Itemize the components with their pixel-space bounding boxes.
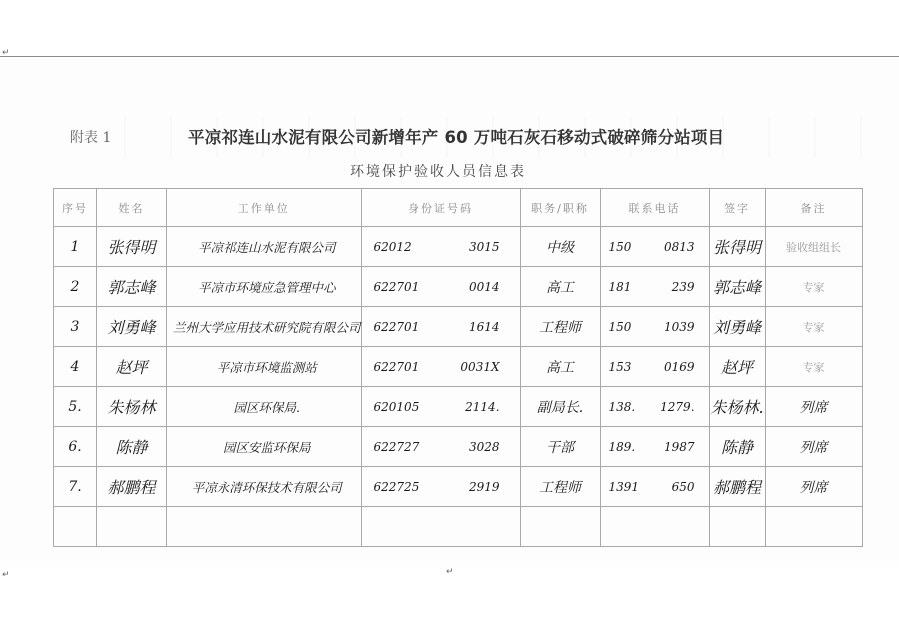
cell-signature: 朱杨林.	[709, 387, 765, 427]
table-row	[54, 507, 863, 547]
id-prefix: 622701	[374, 360, 420, 374]
table-header-row: 序号 姓名 工作单位 身份证号码 职务/职称 联系电话 签字 备注	[54, 189, 863, 227]
cell-unit: 平凉市环境应急管理中心	[167, 267, 362, 307]
cell-unit: 园区安监环保局	[167, 427, 362, 467]
cell-name: 张得明	[97, 227, 167, 267]
figure-label: 附表 1	[70, 127, 111, 147]
cell-signature: 郝鹏程	[709, 467, 765, 507]
cell-no: 5.	[54, 387, 97, 427]
cell-signature: 陈静	[709, 427, 765, 467]
cell-remark	[765, 507, 862, 547]
header-unit: 工作单位	[167, 189, 362, 227]
table-row: 5.朱杨林园区环保局.6201052114.副局长.138.1279.朱杨林.列…	[54, 387, 863, 427]
id-prefix: 622701	[374, 320, 420, 334]
cell-remark: 列席	[765, 427, 862, 467]
cell-title: 高工	[520, 347, 600, 387]
cell-phone: 181239	[600, 267, 709, 307]
cell-title	[520, 507, 600, 547]
phone-suffix: 1279.	[660, 400, 694, 414]
id-suffix: 3015	[469, 240, 500, 254]
cell-phone: 138.1279.	[600, 387, 709, 427]
cell-phone: 189.1987	[600, 427, 709, 467]
header-phone: 联系电话	[600, 189, 709, 227]
table-row: 3刘勇峰兰州大学应用技术研究院有限公司6227011614工程师1501039刘…	[54, 307, 863, 347]
id-prefix: 62012	[374, 240, 412, 254]
phone-prefix: 189.	[609, 440, 636, 454]
cell-unit: 平凉祁连山水泥有限公司	[167, 227, 362, 267]
phone-prefix: 150	[609, 240, 632, 254]
cell-remark: 专家	[765, 307, 862, 347]
id-prefix: 622725	[374, 480, 420, 494]
id-suffix: 1614	[469, 320, 500, 334]
id-suffix: 2919	[469, 480, 500, 494]
id-prefix: 622727	[374, 440, 420, 454]
cell-remark: 验收组组长	[765, 227, 862, 267]
cell-title: 干部	[520, 427, 600, 467]
cell-no: 3	[54, 307, 97, 347]
id-prefix: 622701	[374, 280, 420, 294]
cell-id: 6227010031X	[361, 347, 520, 387]
cell-name: 赵坪	[97, 347, 167, 387]
cell-signature: 赵坪	[709, 347, 765, 387]
cell-name: 刘勇峰	[97, 307, 167, 347]
cell-id	[361, 507, 520, 547]
cell-no: 6.	[54, 427, 97, 467]
cell-id: 6227010014	[361, 267, 520, 307]
id-suffix: 3028	[469, 440, 500, 454]
cell-signature: 郭志峰	[709, 267, 765, 307]
header-id: 身份证号码	[361, 189, 520, 227]
cell-title: 高工	[520, 267, 600, 307]
paragraph-mark-bottom-left: ↵	[2, 570, 10, 580]
cell-name: 郝鹏程	[97, 467, 167, 507]
cell-unit: 兰州大学应用技术研究院有限公司	[167, 307, 362, 347]
phone-suffix: 1039	[664, 320, 695, 334]
cell-unit	[167, 507, 362, 547]
phone-suffix: 0169	[664, 360, 695, 374]
cell-signature: 张得明	[709, 227, 765, 267]
header-signature: 签字	[709, 189, 765, 227]
phone-suffix: 1987	[664, 440, 695, 454]
table-row: 7.郝鹏程平凉永清环保技术有限公司6227252919工程师1391650郝鹏程…	[54, 467, 863, 507]
cell-name	[97, 507, 167, 547]
table-body: 1张得明平凉祁连山水泥有限公司620123015中级1500813张得明验收组组…	[54, 227, 863, 547]
cell-phone: 1391650	[600, 467, 709, 507]
id-prefix: 620105	[374, 400, 420, 414]
cell-remark: 列席	[765, 387, 862, 427]
header-name: 姓名	[97, 189, 167, 227]
cell-id: 6227273028	[361, 427, 520, 467]
cell-remark: 专家	[765, 267, 862, 307]
paragraph-mark-bottom-center: ↵	[446, 567, 454, 577]
cell-unit: 园区环保局.	[167, 387, 362, 427]
id-suffix: 2114.	[465, 400, 499, 414]
phone-prefix: 1391	[609, 480, 640, 494]
phone-prefix: 138.	[609, 400, 636, 414]
table-row: 1张得明平凉祁连山水泥有限公司620123015中级1500813张得明验收组组…	[54, 227, 863, 267]
header-remark: 备注	[765, 189, 862, 227]
cell-phone: 1500813	[600, 227, 709, 267]
cell-id: 6227011614	[361, 307, 520, 347]
cell-title: 工程师	[520, 307, 600, 347]
cell-title: 中级	[520, 227, 600, 267]
cell-phone: 1501039	[600, 307, 709, 347]
cell-no: 4	[54, 347, 97, 387]
cell-phone	[600, 507, 709, 547]
cell-remark: 专家	[765, 347, 862, 387]
id-suffix: 0031X	[460, 360, 499, 374]
phone-suffix: 650	[672, 480, 695, 494]
document-title: 平凉祁连山水泥有限公司新增年产 60 万吨石灰石移动式破碎筛分站项目	[188, 124, 724, 148]
cell-name: 朱杨林	[97, 387, 167, 427]
table-row: 6.陈静园区安监环保局6227273028干部189.1987陈静列席	[54, 427, 863, 467]
header-title: 职务/职称	[520, 189, 600, 227]
phone-prefix: 181	[609, 280, 632, 294]
cell-title: 工程师	[520, 467, 600, 507]
cell-remark: 列席	[765, 467, 862, 507]
phone-prefix: 153	[609, 360, 632, 374]
table-row: 4赵坪平凉市环境监测站6227010031X高工1530169赵坪专家	[54, 347, 863, 387]
cell-no: 7.	[54, 467, 97, 507]
cell-no: 2	[54, 267, 97, 307]
id-suffix: 0014	[469, 280, 500, 294]
header-no: 序号	[54, 189, 97, 227]
cell-name: 陈静	[97, 427, 167, 467]
cell-id: 6201052114.	[361, 387, 520, 427]
cell-unit: 平凉市环境监测站	[167, 347, 362, 387]
cell-signature: 刘勇峰	[709, 307, 765, 347]
cell-no	[54, 507, 97, 547]
phone-suffix: 0813	[664, 240, 695, 254]
cell-title: 副局长.	[520, 387, 600, 427]
table-row: 2郭志峰平凉市环境应急管理中心6227010014高工181239郭志峰专家	[54, 267, 863, 307]
phone-prefix: 150	[609, 320, 632, 334]
cell-unit: 平凉永清环保技术有限公司	[167, 467, 362, 507]
cell-id: 6227252919	[361, 467, 520, 507]
cell-signature	[709, 507, 765, 547]
cell-phone: 1530169	[600, 347, 709, 387]
document-subtitle: 环境保护验收人员信息表	[350, 161, 526, 181]
phone-suffix: 239	[672, 280, 695, 294]
cell-no: 1	[54, 227, 97, 267]
cell-name: 郭志峰	[97, 267, 167, 307]
personnel-info-table: 序号 姓名 工作单位 身份证号码 职务/职称 联系电话 签字 备注 1张得明平凉…	[53, 188, 863, 547]
cell-id: 620123015	[361, 227, 520, 267]
